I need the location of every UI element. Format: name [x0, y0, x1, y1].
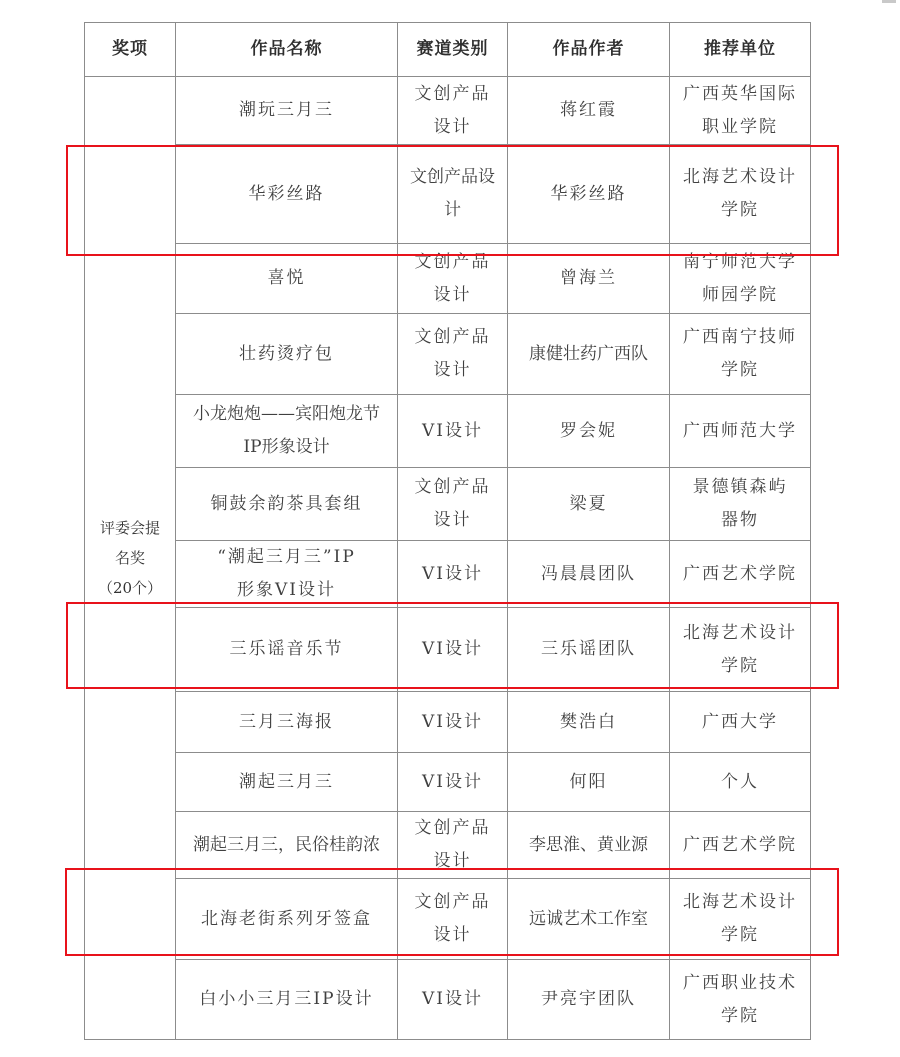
unit: 广西艺术学院 — [670, 812, 811, 879]
table-header-row: 奖项 作品名称 赛道类别 作品作者 推荐单位 — [85, 23, 811, 77]
work-name: 华彩丝路 — [176, 145, 398, 244]
scan-mark — [882, 0, 896, 3]
author: 李思淮、黄业源 — [508, 812, 670, 879]
track: VI设计 — [398, 541, 508, 608]
table-row: 三乐谣音乐节 VI设计 三乐谣团队 北海艺术设计 学院 — [85, 608, 811, 692]
header-author: 作品作者 — [508, 23, 670, 77]
track: VI设计 — [398, 608, 508, 692]
table-row: 评委会提 名奖 （20个） 潮玩三月三 文创产品 设计 蒋红霞 广西英华国际 职… — [85, 77, 811, 145]
table-row: 三月三海报 VI设计 樊浩白 广西大学 — [85, 692, 811, 753]
unit: 广西大学 — [670, 692, 811, 753]
table-row: “潮起三月三”IP 形象VI设计 VI设计 冯晨晨团队 广西艺术学院 — [85, 541, 811, 608]
work-name: 北海老街系列牙签盒 — [176, 879, 398, 960]
document-page: 奖项 作品名称 赛道类别 作品作者 推荐单位 评委会提 名奖 （20个） 潮玩三… — [0, 0, 900, 1057]
author: 樊浩白 — [508, 692, 670, 753]
table-row: 喜悦 文创产品 设计 曾海兰 南宁师范大学 师园学院 — [85, 244, 811, 314]
work-name: 壮药烫疗包 — [176, 314, 398, 395]
author: 三乐谣团队 — [508, 608, 670, 692]
author: 冯晨晨团队 — [508, 541, 670, 608]
author: 康健壮药广西队 — [508, 314, 670, 395]
author: 何阳 — [508, 753, 670, 812]
work-name: 喜悦 — [176, 244, 398, 314]
header-unit: 推荐单位 — [670, 23, 811, 77]
awards-table: 奖项 作品名称 赛道类别 作品作者 推荐单位 评委会提 名奖 （20个） 潮玩三… — [84, 22, 811, 1040]
unit: 北海艺术设计 学院 — [670, 608, 811, 692]
track: VI设计 — [398, 753, 508, 812]
track: VI设计 — [398, 960, 508, 1040]
track: 文创产品 设计 — [398, 244, 508, 314]
table-row: 北海老街系列牙签盒 文创产品 设计 远诚艺术工作室 北海艺术设计 学院 — [85, 879, 811, 960]
author: 梁夏 — [508, 468, 670, 541]
table-row: 华彩丝路 文创产品设 计 华彩丝路 北海艺术设计 学院 — [85, 145, 811, 244]
track: 文创产品 设计 — [398, 468, 508, 541]
track: 文创产品 设计 — [398, 812, 508, 879]
award-category-line2: 名奖 — [89, 543, 171, 573]
award-category-line1: 评委会提 — [89, 513, 171, 543]
author: 远诚艺术工作室 — [508, 879, 670, 960]
work-name: 白小小三月三IP设计 — [176, 960, 398, 1040]
work-name: 潮起三月三，民俗桂韵浓 — [176, 812, 398, 879]
work-name: 三乐谣音乐节 — [176, 608, 398, 692]
work-name: 三月三海报 — [176, 692, 398, 753]
track: 文创产品设 计 — [398, 145, 508, 244]
award-category-cell: 评委会提 名奖 （20个） — [85, 77, 176, 1040]
table-row: 铜鼓余韵茶具套组 文创产品 设计 梁夏 景德镇森屿 器物 — [85, 468, 811, 541]
track: VI设计 — [398, 692, 508, 753]
track: VI设计 — [398, 395, 508, 468]
author: 曾海兰 — [508, 244, 670, 314]
author: 华彩丝路 — [508, 145, 670, 244]
unit: 北海艺术设计 学院 — [670, 145, 811, 244]
work-name: 潮起三月三 — [176, 753, 398, 812]
work-name: 铜鼓余韵茶具套组 — [176, 468, 398, 541]
header-track: 赛道类别 — [398, 23, 508, 77]
unit: 广西艺术学院 — [670, 541, 811, 608]
table-row: 白小小三月三IP设计 VI设计 尹亮宇团队 广西职业技术 学院 — [85, 960, 811, 1040]
header-award: 奖项 — [85, 23, 176, 77]
unit: 广西南宁技师 学院 — [670, 314, 811, 395]
award-category-count: （20个） — [89, 573, 171, 603]
work-name: 潮玩三月三 — [176, 77, 398, 145]
author: 蒋红霞 — [508, 77, 670, 145]
track: 文创产品 设计 — [398, 77, 508, 145]
track: 文创产品 设计 — [398, 879, 508, 960]
unit: 广西英华国际 职业学院 — [670, 77, 811, 145]
unit: 个人 — [670, 753, 811, 812]
unit: 南宁师范大学 师园学院 — [670, 244, 811, 314]
unit: 广西职业技术 学院 — [670, 960, 811, 1040]
table-row: 潮起三月三 VI设计 何阳 个人 — [85, 753, 811, 812]
work-name: “潮起三月三”IP 形象VI设计 — [176, 541, 398, 608]
unit: 景德镇森屿 器物 — [670, 468, 811, 541]
author: 罗会妮 — [508, 395, 670, 468]
track: 文创产品 设计 — [398, 314, 508, 395]
table-row: 壮药烫疗包 文创产品 设计 康健壮药广西队 广西南宁技师 学院 — [85, 314, 811, 395]
author: 尹亮宇团队 — [508, 960, 670, 1040]
work-name: 小龙炮炮——宾阳炮龙节 IP形象设计 — [176, 395, 398, 468]
table-row: 潮起三月三，民俗桂韵浓 文创产品 设计 李思淮、黄业源 广西艺术学院 — [85, 812, 811, 879]
unit: 广西师范大学 — [670, 395, 811, 468]
header-work-name: 作品名称 — [176, 23, 398, 77]
table-row: 小龙炮炮——宾阳炮龙节 IP形象设计 VI设计 罗会妮 广西师范大学 — [85, 395, 811, 468]
unit: 北海艺术设计 学院 — [670, 879, 811, 960]
